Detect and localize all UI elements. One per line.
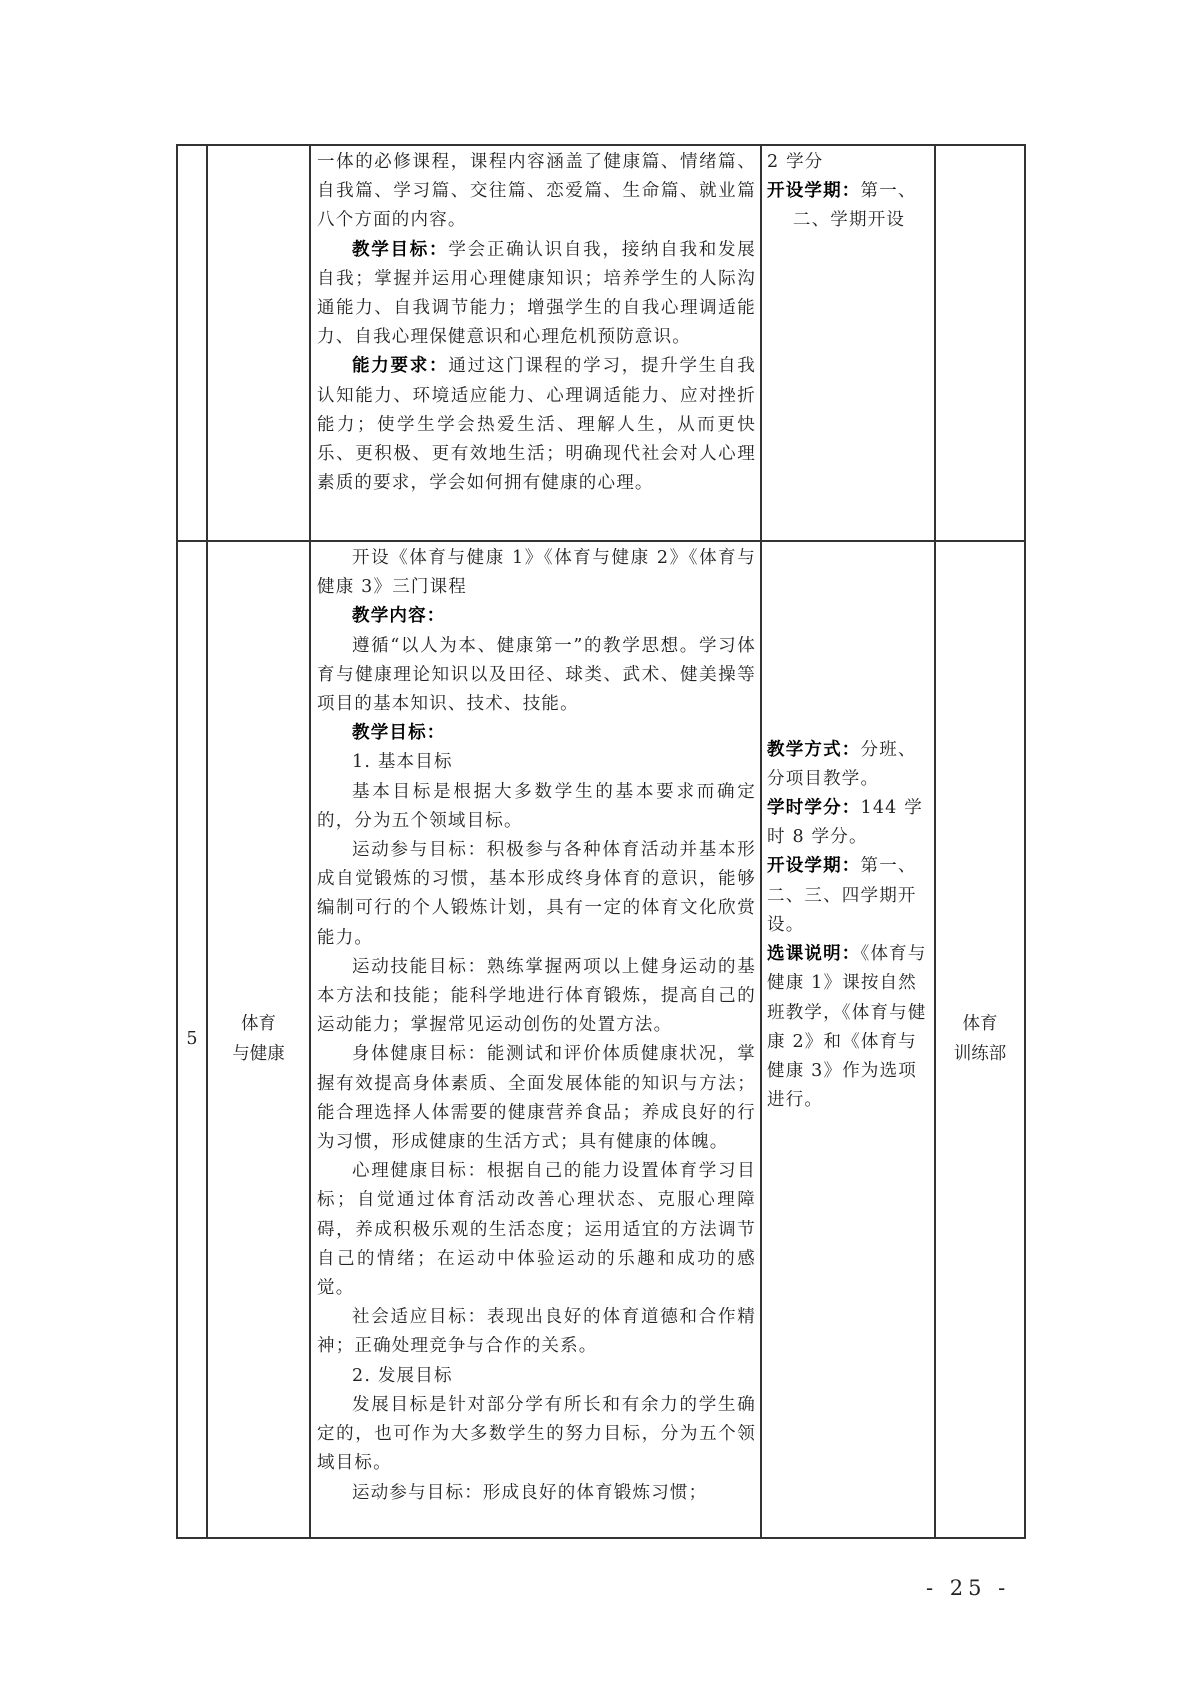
content-paragraph: 2. 发展目标 — [317, 1362, 756, 1391]
table-row-5: 5 体育 与健康 开设《体育与健康 1》《体育与健康 2》《体育与健康 3》三门… — [177, 541, 1025, 1538]
content-paragraph: 运动技能目标：熟练掌握两项以上健身运动的基本方法和技能；能科学地进行体育锻炼，提… — [317, 953, 756, 1041]
content-paragraph: 一体的必修课程，课程内容涵盖了健康篇、情绪篇、自我篇、学习篇、交往篇、恋爱篇、生… — [317, 148, 756, 236]
course-name-cell: 体育 与健康 — [207, 541, 310, 1538]
content-paragraph: 教学目标： — [317, 719, 756, 748]
content-paragraph: 1. 基本目标 — [317, 748, 756, 777]
row-number-cell: 5 — [177, 541, 207, 1538]
content-paragraph: 运动参与目标：形成良好的体育锻炼习惯； — [317, 1479, 756, 1508]
credits-text: 2 学分 — [767, 148, 931, 177]
course-name-line2: 与健康 — [208, 1040, 309, 1069]
course-name-cell — [207, 145, 310, 541]
content-paragraph: 遵循“以人为本、健康第一”的教学思想。学习体育与健康理论知识以及田径、球类、武术… — [317, 632, 756, 720]
course-info-item: 选课说明：《体育与健康 1》课按自然班教学，《体育与健康 2》和《体育与健康 3… — [767, 940, 931, 1115]
department-line1: 体育 — [936, 1010, 1024, 1039]
content-paragraph: 基本目标是根据大多数学生的基本要求而确定的，分为五个领域目标。 — [317, 778, 756, 836]
page-number: - 25 - — [926, 1576, 1010, 1600]
content-paragraph: 身体健康目标：能测试和评价体质健康状况，掌握有效提高身体素质、全面发展体能的知识… — [317, 1040, 756, 1157]
content-paragraph: 心理健康目标：根据自己的能力设置体育学习目标；自觉通过体育活动改善心理状态、克服… — [317, 1157, 756, 1303]
course-name-line1: 体育 — [208, 1010, 309, 1039]
course-info-item: 学时学分：144 学时 8 学分。 — [767, 794, 931, 852]
row-number-cell — [177, 145, 207, 541]
department-cell — [935, 145, 1025, 541]
content-paragraph: 发展目标是针对部分学有所长和有余力的学生确定的，也可作为大多数学生的努力目标，分… — [317, 1391, 756, 1479]
curriculum-table: 一体的必修课程，课程内容涵盖了健康篇、情绪篇、自我篇、学习篇、交往篇、恋爱篇、生… — [176, 144, 1026, 1539]
content-paragraph: 社会适应目标：表现出良好的体育道德和合作精神；正确处理竞争与合作的关系。 — [317, 1303, 756, 1361]
course-content-cell: 一体的必修课程，课程内容涵盖了健康篇、情绪篇、自我篇、学习篇、交往篇、恋爱篇、生… — [310, 145, 761, 541]
content-paragraph: 运动参与目标：积极参与各种体育活动并基本形成自觉锻炼的习惯，基本形成终身体育的意… — [317, 836, 756, 953]
term-text: 开设学期：第一、 — [767, 177, 931, 206]
table-row-continued: 一体的必修课程，课程内容涵盖了健康篇、情绪篇、自我篇、学习篇、交往篇、恋爱篇、生… — [177, 145, 1025, 541]
department-line2: 训练部 — [936, 1040, 1024, 1069]
term-text-cont: 二、学期开设 — [767, 206, 931, 235]
course-content-cell: 开设《体育与健康 1》《体育与健康 2》《体育与健康 3》三门课程教学内容：遵循… — [310, 541, 761, 1538]
content-paragraph: 开设《体育与健康 1》《体育与健康 2》《体育与健康 3》三门课程 — [317, 544, 756, 602]
course-info-cell: 2 学分 开设学期：第一、 二、学期开设 — [761, 145, 935, 541]
content-paragraph: 教学目标：学会正确认识自我，接纳自我和发展自我；掌握并运用心理健康知识；培养学生… — [317, 236, 756, 353]
department-cell: 体育 训练部 — [935, 541, 1025, 1538]
course-info-item: 开设学期：第一、二、三、四学期开设。 — [767, 852, 931, 940]
content-paragraph: 教学内容： — [317, 602, 756, 631]
course-info-item: 教学方式：分班、分项目教学。 — [767, 736, 931, 794]
content-paragraph: 能力要求：通过这门课程的学习，提升学生自我认知能力、环境适应能力、心理调适能力、… — [317, 352, 756, 498]
course-info-cell: 教学方式：分班、分项目教学。学时学分：144 学时 8 学分。开设学期：第一、二… — [761, 541, 935, 1538]
